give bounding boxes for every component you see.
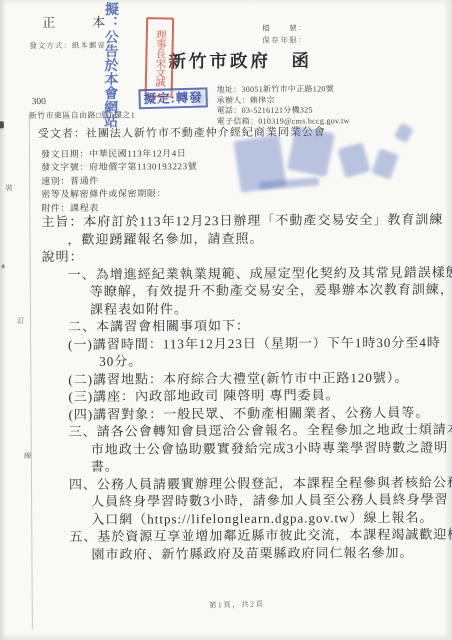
binding-mark-zhuang: 裝	[5, 182, 13, 193]
meta-block: 發文日期：中華民國113年12月4日發文字號：府地價字第1130193223號速…	[41, 147, 198, 215]
page-number-footer: 第1頁，共2頁	[120, 596, 354, 613]
binding-mark-xian: 線	[24, 450, 32, 461]
body-line: 人員終身學習時數3小時，請參加人員至公務人員終身學習	[43, 491, 439, 511]
file-number-block: 檔 號： 保存年限：	[262, 22, 307, 46]
meta-line: 速別：普通件	[41, 174, 197, 188]
decision-stamp: 擬定:轉發	[138, 87, 208, 109]
body-line: 三、請各公會轉知會員逕洽公會報名。全程參加之地政士煩請本	[43, 421, 439, 441]
recipient-address: 新竹市東區自由路□號6樓之1	[29, 110, 136, 122]
body-line: 主旨：本府訂於113年12月23日辦理「不動產交易安全」教育訓練	[41, 211, 437, 231]
body-line: 園市政府、新竹縣政府及苗栗縣政府同仁報名參加。	[43, 543, 439, 563]
binding-line	[29, 113, 33, 629]
contact-address: 地址：30051新竹市中正路120號	[217, 84, 350, 95]
body-line: (一)講習時間：113年12月23日（星期一）下午1時30分至4時	[42, 333, 438, 353]
file-number-label: 檔 號：	[262, 22, 307, 34]
chairman-seal-stamp: 理事長宋文誠	[145, 17, 175, 98]
meta-line: 密等及解密條件或保密期限：	[41, 187, 197, 201]
body-line: 五、基於資源互享並增加鄰近縣市彼此交流，本課程竭誠歡迎桃	[43, 526, 439, 546]
scanned-letter-page: 正 本 發文方式：紙本郵寄 檔 號： 保存年限： 新竹市政府 函 地址：3005…	[0, 0, 452, 640]
scan-speck	[2, 264, 5, 268]
meta-line: 發文字號：府地價字第1130193223號	[41, 161, 197, 175]
meta-line: 發文日期：中華民國113年12月4日	[41, 147, 197, 161]
body-line: (二)講習地點：本府綜合大禮堂(新竹市中正路120號）。	[42, 368, 438, 388]
contact-person: 承辦人：賴律宗	[217, 95, 350, 106]
body-line: 市地政士公會協助覈實發給完成3小時專業學習時數之證明	[43, 438, 439, 458]
body-text: 主旨：本府訂於113年12月23日辦理「不動產交易安全」教育訓練，歡迎踴躍報名參…	[41, 211, 439, 563]
contact-phone: 電話：03-5216121分機325	[217, 105, 350, 116]
handwritten-note: 擬：公告於本會網站	[102, 2, 118, 142]
letter-content: 正 本 發文方式：紙本郵寄 檔 號： 保存年限： 新竹市政府 函 地址：3005…	[0, 0, 452, 640]
contact-block: 地址：30051新竹市中正路120號 承辦人：賴律宗 電話：03-5216121…	[217, 84, 350, 127]
stamp-ink-blob	[234, 135, 287, 193]
scan-speck	[0, 121, 4, 128]
retention-label: 保存年限：	[262, 34, 307, 46]
stamp-ink-blob	[338, 142, 371, 178]
binding-mark-ding: 訂	[17, 315, 25, 326]
stamp-ink-blob	[371, 148, 399, 179]
delivery-method-label: 發文方式：紙本郵寄	[29, 40, 106, 51]
stamp-ink-blob	[259, 177, 319, 190]
agency-title: 新竹市政府 函	[168, 47, 312, 73]
recipient-zip: 300	[32, 97, 46, 107]
stamp-ink-blob	[394, 122, 414, 143]
body-line: 等瞭解，有效提升不動產交易安全，爰舉辦本次教育訓練，	[42, 281, 438, 301]
recipient-line: 受文者：社團法人新竹市不動產仲介經紀商業同業公會	[38, 123, 326, 141]
